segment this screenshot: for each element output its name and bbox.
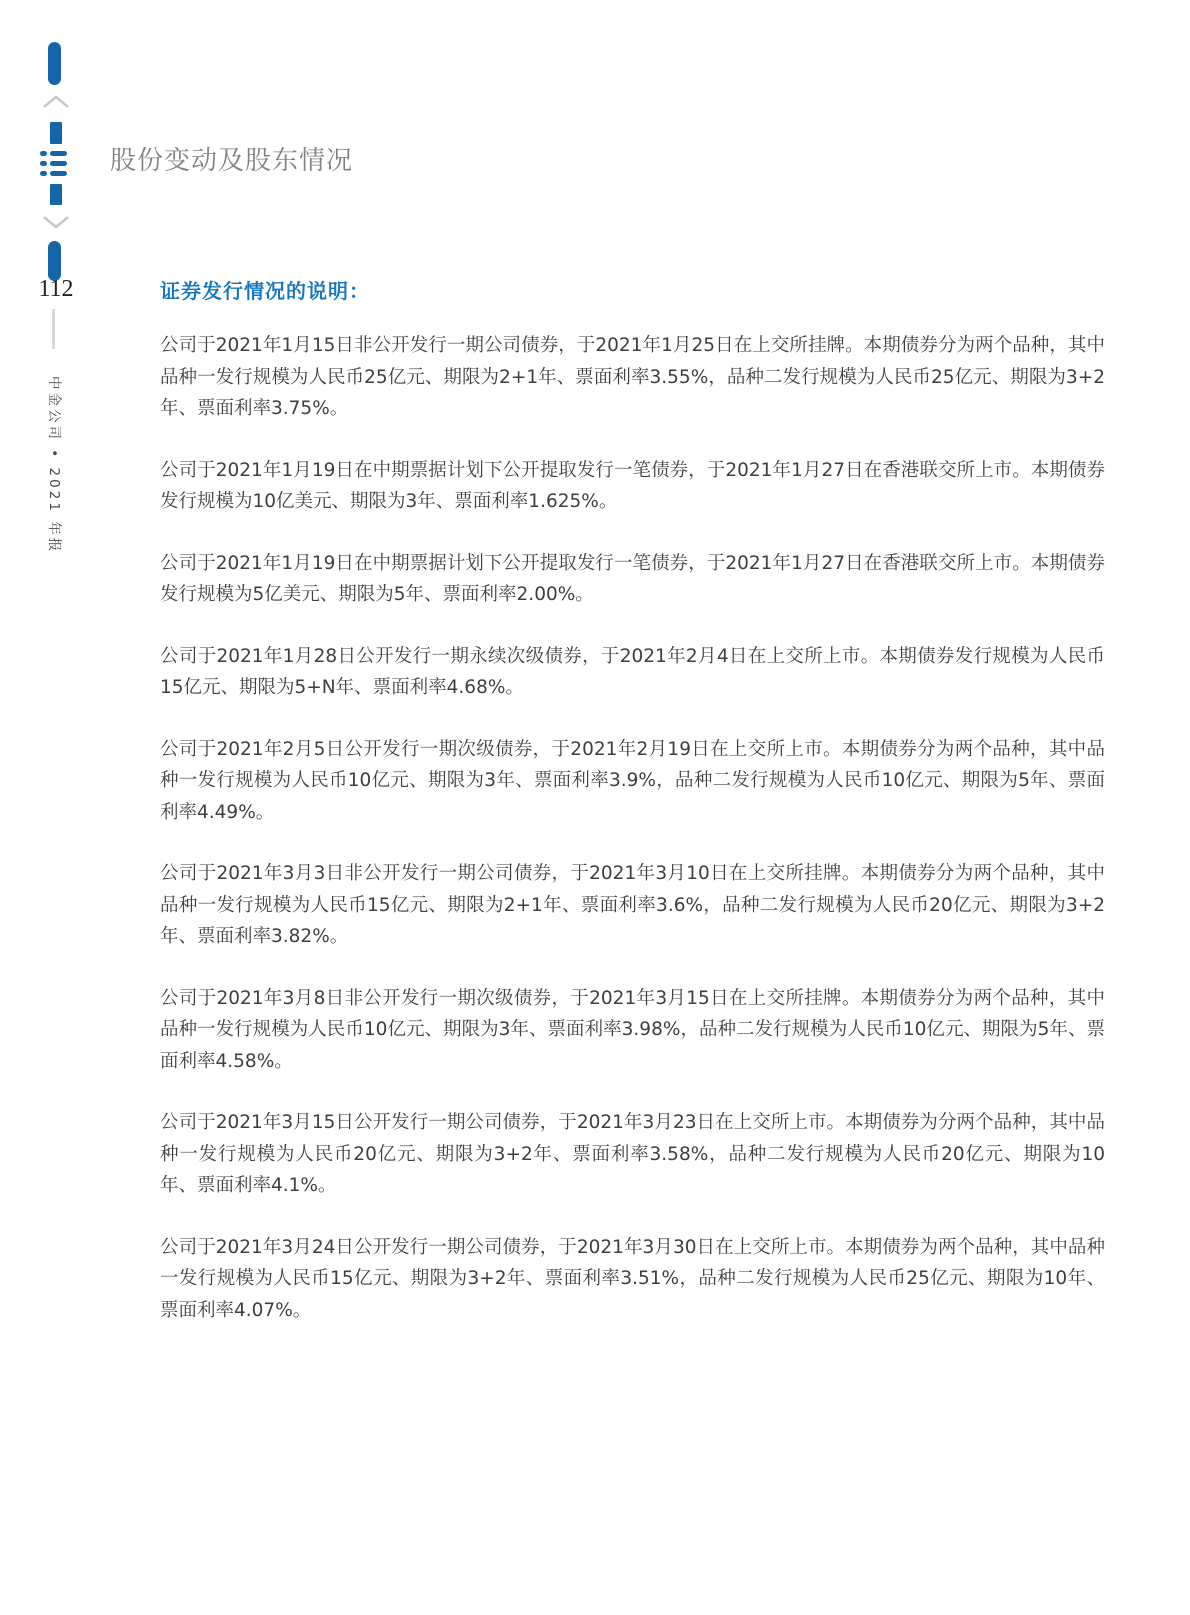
paragraph: 公司于2021年2月5日公开发行一期次级债券，于2021年2月19日在上交所上市… xyxy=(160,734,1105,829)
section-heading: 证券发行情况的说明： xyxy=(160,278,1105,304)
chevron-up-icon xyxy=(42,94,70,110)
list-icon-row xyxy=(40,161,67,166)
paragraph: 公司于2021年3月3日非公开发行一期公司债券，于2021年3月10日在上交所挂… xyxy=(160,858,1105,953)
spine-text: 中金公司 • 2021 年报 xyxy=(46,376,66,554)
page-number-rule xyxy=(52,309,55,349)
chapter-title: 股份变动及股东情况 xyxy=(110,144,353,178)
content-column: 证券发行情况的说明： 公司于2021年1月15日非公开发行一期公司债券，于202… xyxy=(160,278,1105,1356)
sidebar-block-upper xyxy=(50,122,62,144)
list-icon xyxy=(40,151,67,181)
paragraph: 公司于2021年1月19日在中期票据计划下公开提取发行一笔债券，于2021年1月… xyxy=(160,548,1105,611)
sidebar-block-lower xyxy=(50,184,62,205)
paragraph: 公司于2021年1月28日公开发行一期永续次级债券，于2021年2月4日在上交所… xyxy=(160,641,1105,704)
chevron-down-icon xyxy=(42,214,70,230)
paragraph: 公司于2021年3月15日公开发行一期公司债券，于2021年3月23日在上交所上… xyxy=(160,1107,1105,1202)
list-icon-row xyxy=(40,151,67,156)
paragraph: 公司于2021年3月24日公开发行一期公司债券，于2021年3月30日在上交所上… xyxy=(160,1232,1105,1327)
sidebar-bottom-bar xyxy=(48,241,61,281)
paragraph: 公司于2021年3月8日非公开发行一期次级债券，于2021年3月15日在上交所挂… xyxy=(160,983,1105,1078)
paragraph: 公司于2021年1月15日非公开发行一期公司债券，于2021年1月25日在上交所… xyxy=(160,330,1105,425)
sidebar-top-bar xyxy=(48,42,61,85)
paragraph: 公司于2021年1月19日在中期票据计划下公开提取发行一笔债券，于2021年1月… xyxy=(160,455,1105,518)
list-icon-row xyxy=(40,171,67,176)
page-number: 112 xyxy=(36,276,76,303)
